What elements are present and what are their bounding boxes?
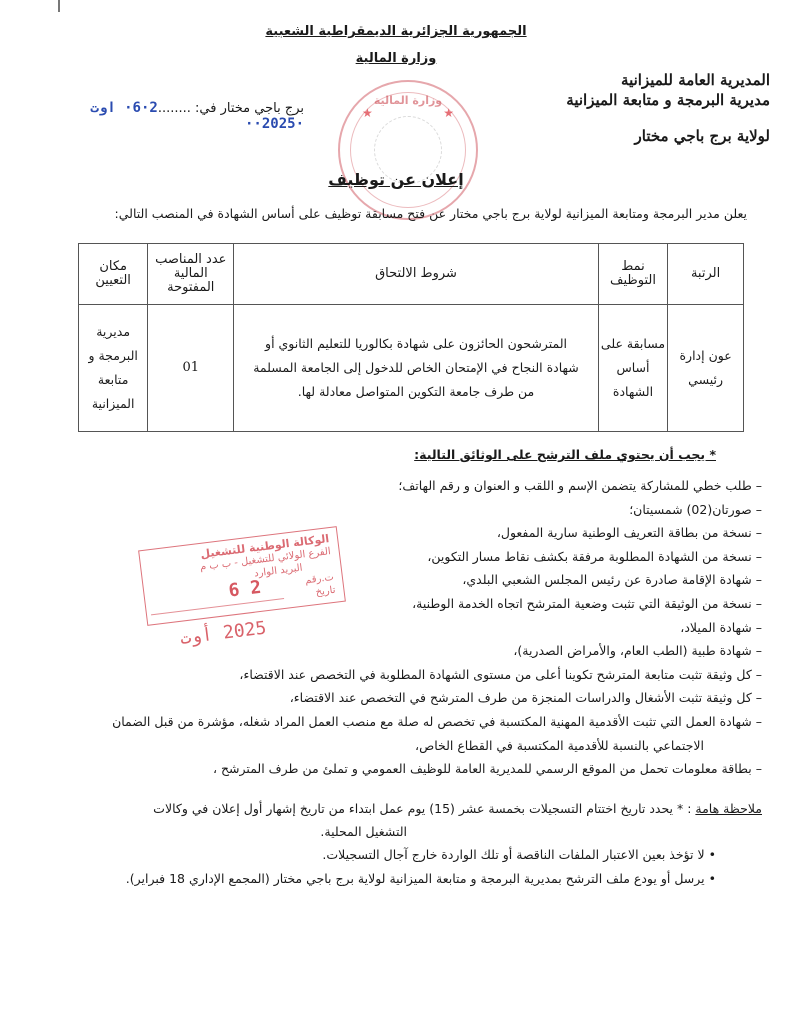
list-item: – صورتان(02) شمسيتان؛	[52, 498, 762, 522]
list-item: – شهادة العمل التي تثبت الأقدمية المهنية…	[52, 710, 762, 734]
admin-line-directorate: مديرية البرمجة و متابعة الميزانية	[566, 90, 770, 110]
cell-conditions: المترشحون الحائزون على شهادة بكالوريا لل…	[234, 305, 599, 432]
list-item-continuation: الاجتماعي بالنسبة للأقدمية المكتسبة في ا…	[52, 734, 762, 758]
note-label: ملاحظة هامة	[695, 801, 762, 816]
important-note: ملاحظة هامة : * يحدد تاريخ اختتام التسجي…	[52, 797, 762, 843]
required-documents-list: – طلب خطي للمشاركة يتضمن الإسم و اللقب و…	[52, 474, 762, 781]
table-header-row: الرتبة نمط التوظيف شروط الالتحاق عدد الم…	[79, 244, 744, 305]
admin-line-general-directorate: المديرية العامة للميزانية	[566, 70, 770, 90]
note-text: : * يحدد تاريخ اختتام التسجيلات بخمسة عش…	[153, 801, 695, 816]
list-item: – طلب خطي للمشاركة يتضمن الإسم و اللقب و…	[52, 474, 762, 498]
place-and-date: برج باجي مختار في: ........2·6· اوت ·202…	[74, 100, 304, 132]
stamp-day-month: 2 6	[228, 581, 262, 598]
list-item: لا تؤخذ بعين الاعتبار الملفات الناقصة أو…	[36, 843, 716, 867]
col-header-rank: الرتبة	[668, 244, 744, 305]
scan-edge-mark	[58, 0, 60, 12]
list-item: – بطاقة معلومات تحمل من الموقع الرسمي لل…	[52, 757, 762, 781]
star-icon: ★	[362, 106, 373, 120]
col-header-conditions: شروط الالتحاق	[234, 244, 599, 305]
list-item: يرسل أو يودع ملف الترشح بمديرية البرمجة …	[36, 867, 716, 891]
cell-count: 01	[148, 305, 234, 432]
seal-ring-text: وزارة المالية	[340, 94, 476, 107]
issuing-administration: المديرية العامة للميزانية مديرية البرمجة…	[566, 70, 770, 146]
cell-place: مديرية البرمجة و متابعة الميزانية	[79, 305, 148, 432]
admin-line-wilaya: لولاية برج باجي مختار	[566, 126, 770, 146]
announcement-title: إعلان عن توظيف	[0, 170, 792, 189]
announcement-intro: يعلن مدير البرمجة ومتابعة الميزانية لولا…	[47, 206, 747, 221]
note-continuation: التشغيل المحلية.	[52, 820, 762, 843]
list-item: – نسخة من بطاقة التعريف الوطنية سارية ال…	[52, 521, 762, 545]
star-icon: ★	[443, 106, 454, 120]
ministry-heading: وزارة المالية	[0, 51, 792, 66]
col-header-count: عدد المناصب المالية المفتوحة	[148, 244, 234, 305]
cell-rank: عون إدارة رئيسي	[668, 305, 744, 432]
list-item: – كل وثيقة تثبت متابعة المترشح تكوينا أع…	[52, 663, 762, 687]
table-row: عون إدارة رئيسي مسابقة على أساس الشهادة …	[79, 305, 744, 432]
cell-mode: مسابقة على أساس الشهادة	[598, 305, 667, 432]
positions-table: الرتبة نمط التوظيف شروط الالتحاق عدد الم…	[78, 243, 744, 432]
required-documents-title: * يجب أن يحتوي ملف الترشح على الوثائق ال…	[414, 447, 716, 462]
republic-heading: الجمهورية الجزائرية الديمقراطية الشعبية	[0, 24, 792, 39]
ministry-seal-stamp: وزارة المالية ★ ★	[338, 80, 478, 220]
list-item: – شهادة طبية (الطب العام، والأمراض الصدر…	[52, 639, 762, 663]
note-bullets: لا تؤخذ بعين الاعتبار الملفات الناقصة أو…	[36, 843, 716, 891]
list-item: – كل وثيقة تثبت الأشغال والدراسات المنجز…	[52, 686, 762, 710]
col-header-mode: نمط التوظيف	[598, 244, 667, 305]
date-prefix: برج باجي مختار في: ........	[158, 101, 304, 116]
col-header-place: مكان التعيين	[79, 244, 148, 305]
